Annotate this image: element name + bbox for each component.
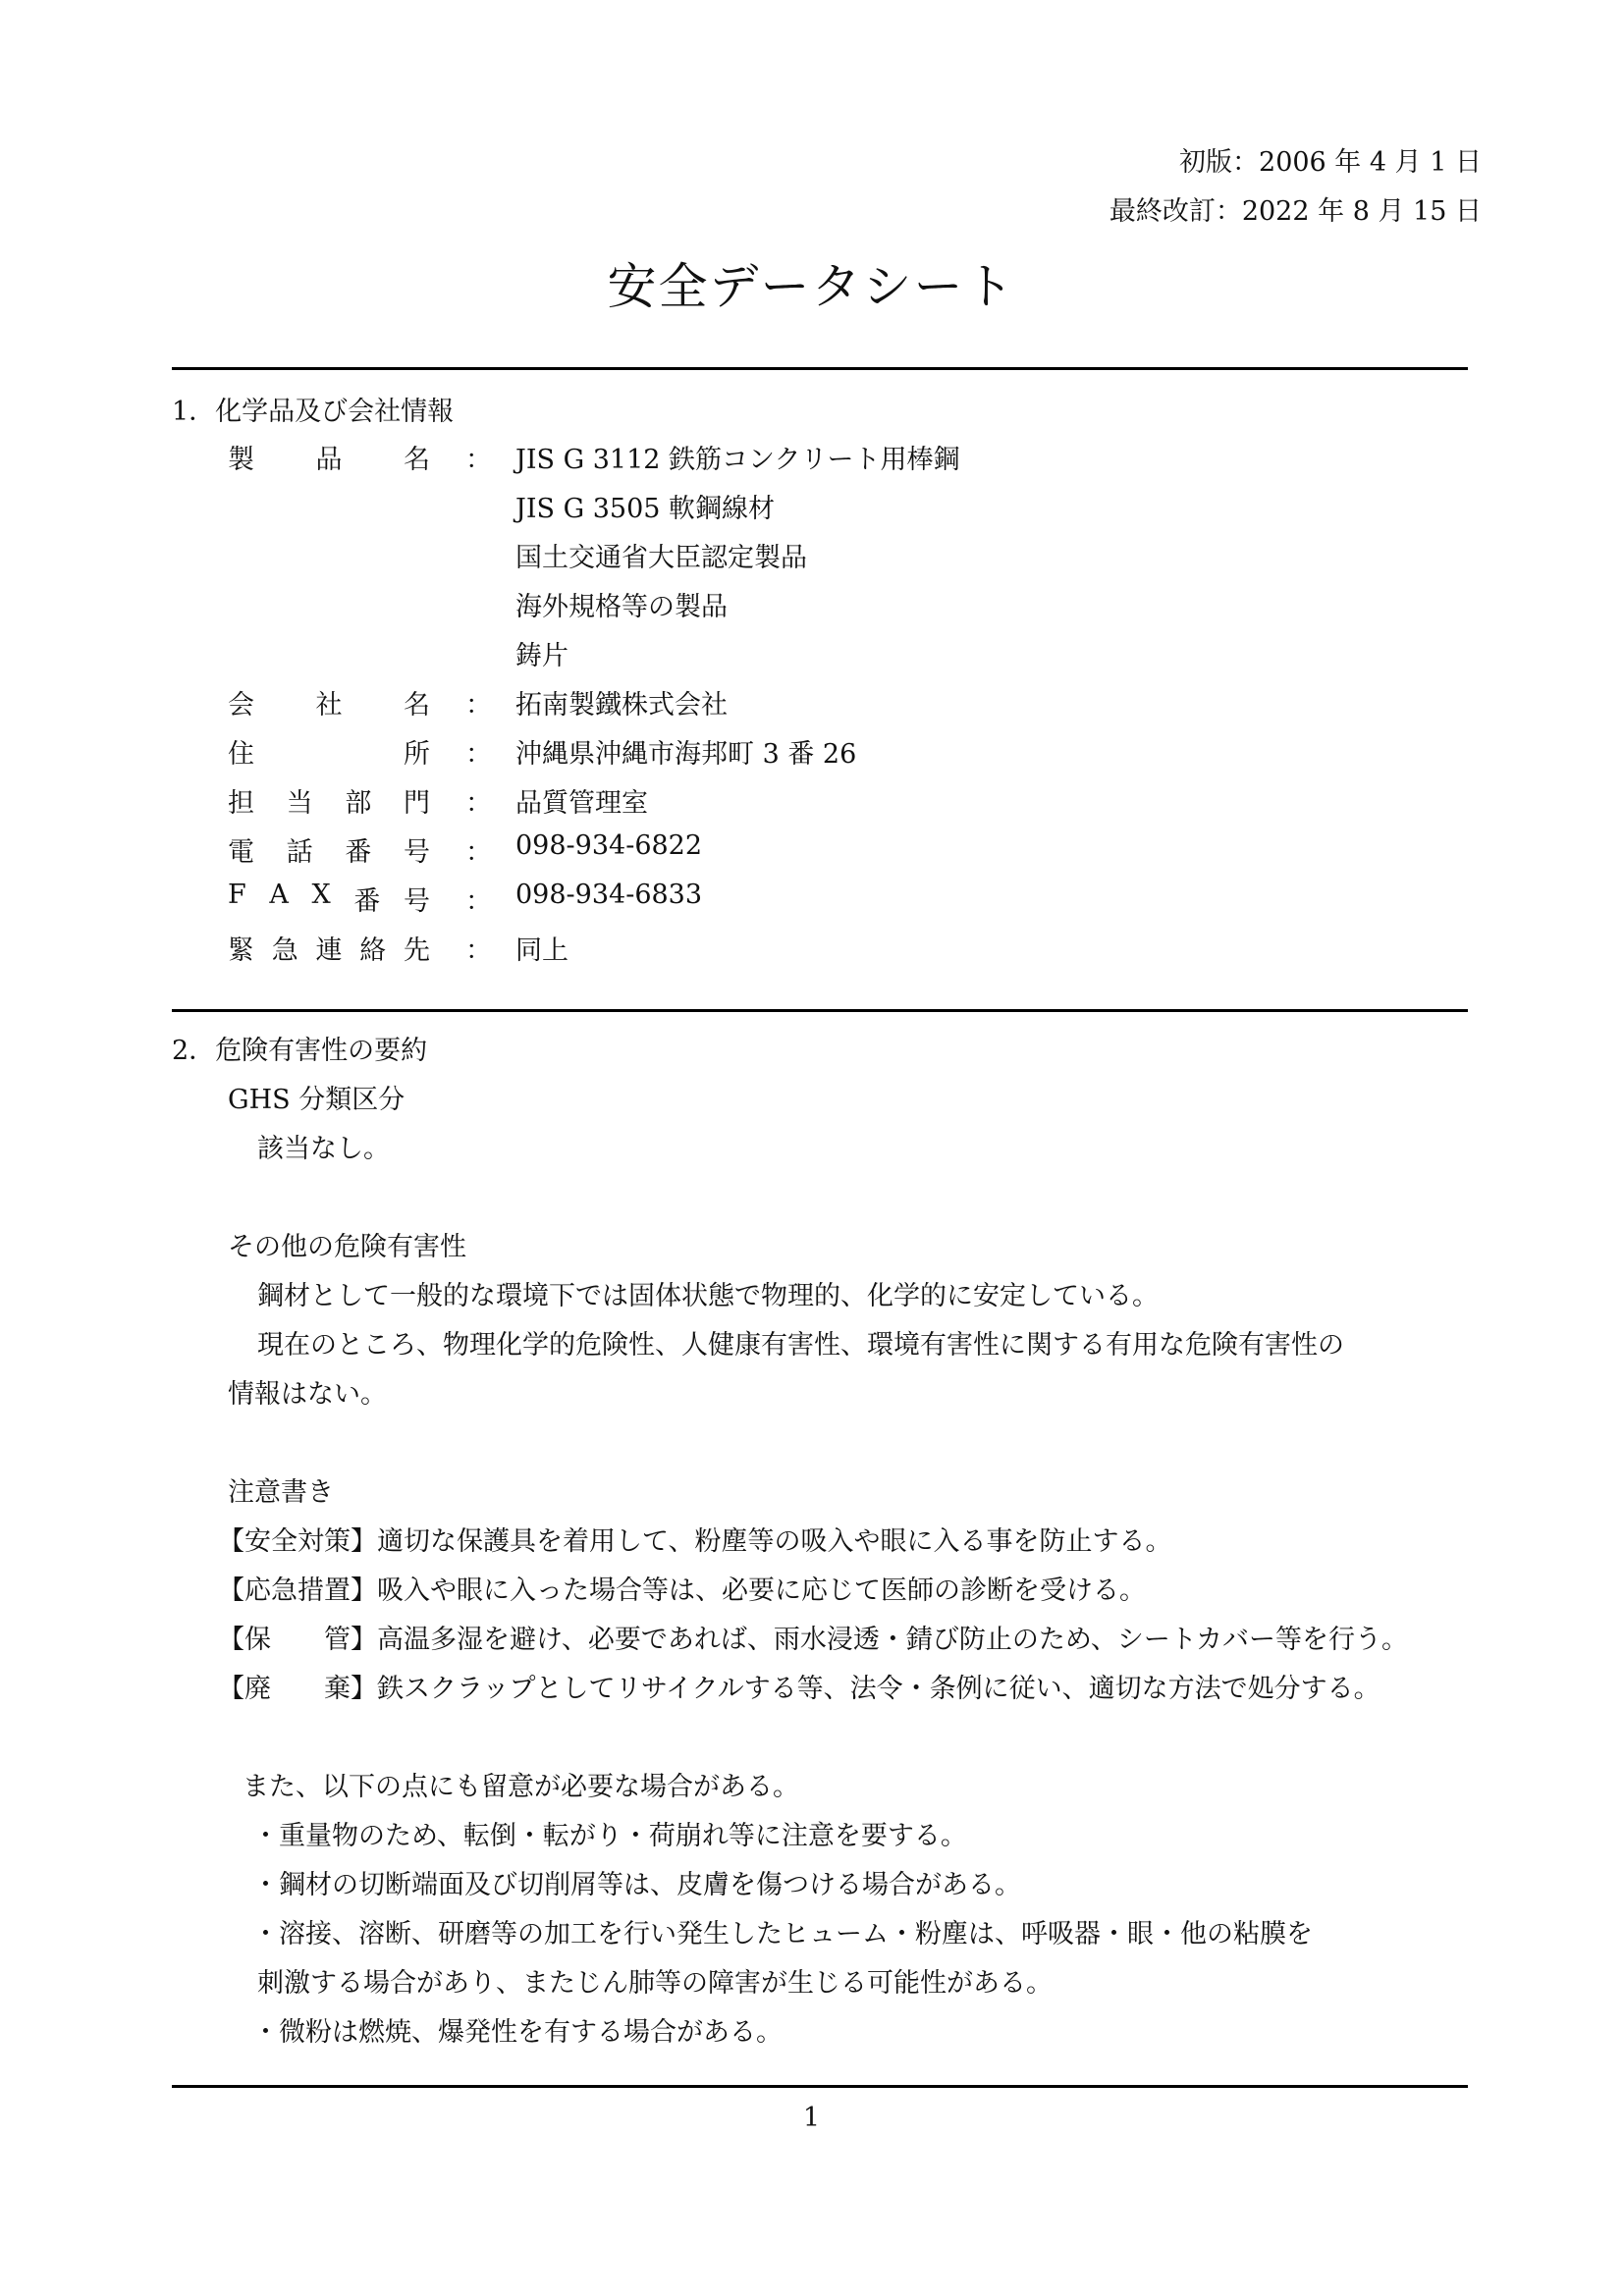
label-char: 部 <box>345 781 371 820</box>
address: 沖縄県沖縄市海邦町 3 番 26 <box>515 732 856 771</box>
department: 品質管理室 <box>515 781 648 820</box>
precaution-tag: 【廃 棄】 <box>218 1674 377 1704</box>
note-item: ・微粉は燃焼、爆発性を有する場合がある。 <box>252 2010 783 2049</box>
colon: ： <box>465 438 492 476</box>
label-char: 当 <box>287 781 313 820</box>
label-char: 会 <box>228 683 254 721</box>
fax-number: 098-934-6833 <box>515 880 702 910</box>
label-char: 号 <box>404 830 430 869</box>
label-emergency-contact: 緊 急 連 絡 先 <box>228 929 430 967</box>
label-char: 号 <box>404 880 430 918</box>
note-intro: また、以下の点にも留意が必要な場合がある。 <box>243 1765 799 1803</box>
product-name-4: 海外規格等の製品 <box>515 585 728 623</box>
label-char: 担 <box>228 781 254 820</box>
other-hazards-line: 鋼材として一般的な環境下では固体状態で物理的、化学的に安定している。 <box>257 1274 1159 1312</box>
colon: ： <box>465 732 492 771</box>
colon: ： <box>465 683 492 721</box>
label-char: 急 <box>272 929 298 967</box>
label-product-name: 製 品 名 <box>228 438 430 476</box>
other-hazards-line: 情報はない。 <box>228 1372 387 1411</box>
precaution-first-aid: 【応急措置】吸入や眼に入った場合等は、必要に応じて医師の診断を受ける。 <box>218 1569 1146 1607</box>
page-title: 安全データシート <box>0 247 1623 318</box>
label-char: 住 <box>228 732 254 771</box>
colon: ： <box>465 880 492 918</box>
note-item-continuation: 刺激する場合があり、またじん肺等の障害が生じる可能性がある。 <box>257 1961 1053 2000</box>
label-char: 番 <box>353 880 380 918</box>
label-char: 連 <box>316 929 343 967</box>
label-char: 所 <box>404 732 430 771</box>
note-item: ・重量物のため、転倒・転がり・荷崩れ等に注意を要する。 <box>252 1814 967 1852</box>
label-company-name: 会 社 名 <box>228 683 430 721</box>
label-char: 電 <box>228 830 254 869</box>
product-name-2: JIS G 3505 軟鋼線材 <box>515 487 775 525</box>
label-phone: 電 話 番 号 <box>228 830 430 869</box>
precaution-disposal: 【廃 棄】鉄スクラップとしてリサイクルする等、法令・条例に従い、適切な方法で処分… <box>218 1667 1380 1705</box>
label-char: 緊 <box>228 929 254 967</box>
note-item: ・鋼材の切断端面及び切削屑等は、皮膚を傷つける場合がある。 <box>252 1863 1021 1901</box>
precaution-heading: 注意書き <box>228 1470 334 1509</box>
product-name-5: 鋳片 <box>515 634 568 672</box>
ghs-heading: GHS 分類区分 <box>228 1078 405 1116</box>
precaution-safety: 【安全対策】適切な保護具を着用して、粉塵等の吸入や眼に入る事を防止する。 <box>218 1520 1171 1558</box>
label-fax: F A X 番 号 <box>228 880 430 918</box>
label-address: 住 所 <box>228 732 430 771</box>
label-char: 名 <box>404 438 430 476</box>
precaution-tag: 【保 管】 <box>218 1625 377 1655</box>
label-char: 話 <box>287 830 313 869</box>
label-department: 担 当 部 門 <box>228 781 430 820</box>
precaution-text: 適切な保護具を着用して、粉塵等の吸入や眼に入る事を防止する。 <box>377 1526 1171 1557</box>
label-char: A <box>269 880 289 918</box>
label-char: 番 <box>345 830 371 869</box>
label-char: 門 <box>404 781 430 820</box>
label-char: 品 <box>316 438 343 476</box>
divider <box>172 2085 1468 2088</box>
label-char: 製 <box>228 438 254 476</box>
label-char: F <box>228 880 246 918</box>
precaution-tag: 【応急措置】 <box>218 1575 377 1606</box>
other-hazards-line: 現在のところ、物理化学的危険性、人健康有害性、環境有害性に関する有用な危険有害性… <box>257 1323 1344 1362</box>
label-char: 名 <box>404 683 430 721</box>
precaution-text: 吸入や眼に入った場合等は、必要に応じて医師の診断を受ける。 <box>377 1575 1146 1606</box>
colon: ： <box>465 830 492 869</box>
section-1-heading: 1．化学品及び会社情報 <box>172 390 454 428</box>
company-name: 拓南製鐵株式会社 <box>515 683 728 721</box>
section-2-heading: 2．危険有害性の要約 <box>172 1029 427 1067</box>
note-item: ・溶接、溶断、研磨等の加工を行い発生したヒューム・粉塵は、呼吸器・眼・他の粘膜を <box>252 1912 1313 1950</box>
label-char: 先 <box>404 929 430 967</box>
product-name-1: JIS G 3112 鉄筋コンクリート用棒鋼 <box>515 438 959 476</box>
last-revision-date: 最終改訂：2022 年 8 月 15 日 <box>1109 189 1482 228</box>
precaution-text: 高温多湿を避け、必要であれば、雨水浸透・錆び防止のため、シートカバー等を行う。 <box>377 1625 1408 1655</box>
precaution-tag: 【安全対策】 <box>218 1526 377 1557</box>
precaution-storage: 【保 管】高温多湿を避け、必要であれば、雨水浸透・錆び防止のため、シートカバー等… <box>218 1618 1408 1656</box>
emergency-contact: 同上 <box>515 929 568 967</box>
divider <box>172 1009 1468 1012</box>
ghs-value: 該当なし。 <box>257 1127 390 1165</box>
divider <box>172 367 1468 370</box>
other-hazards-heading: その他の危険有害性 <box>228 1225 466 1263</box>
first-edition-date: 初版：2006 年 4 月 1 日 <box>1179 140 1482 179</box>
colon: ： <box>465 781 492 820</box>
product-name-3: 国土交通省大臣認定製品 <box>515 536 807 574</box>
precaution-text: 鉄スクラップとしてリサイクルする等、法令・条例に従い、適切な方法で処分する。 <box>377 1674 1380 1704</box>
label-char: 絡 <box>359 929 386 967</box>
colon: ： <box>465 929 492 967</box>
page-number: 1 <box>0 2103 1623 2133</box>
label-char: X <box>311 880 330 918</box>
phone-number: 098-934-6822 <box>515 830 702 861</box>
label-char: 社 <box>316 683 343 721</box>
